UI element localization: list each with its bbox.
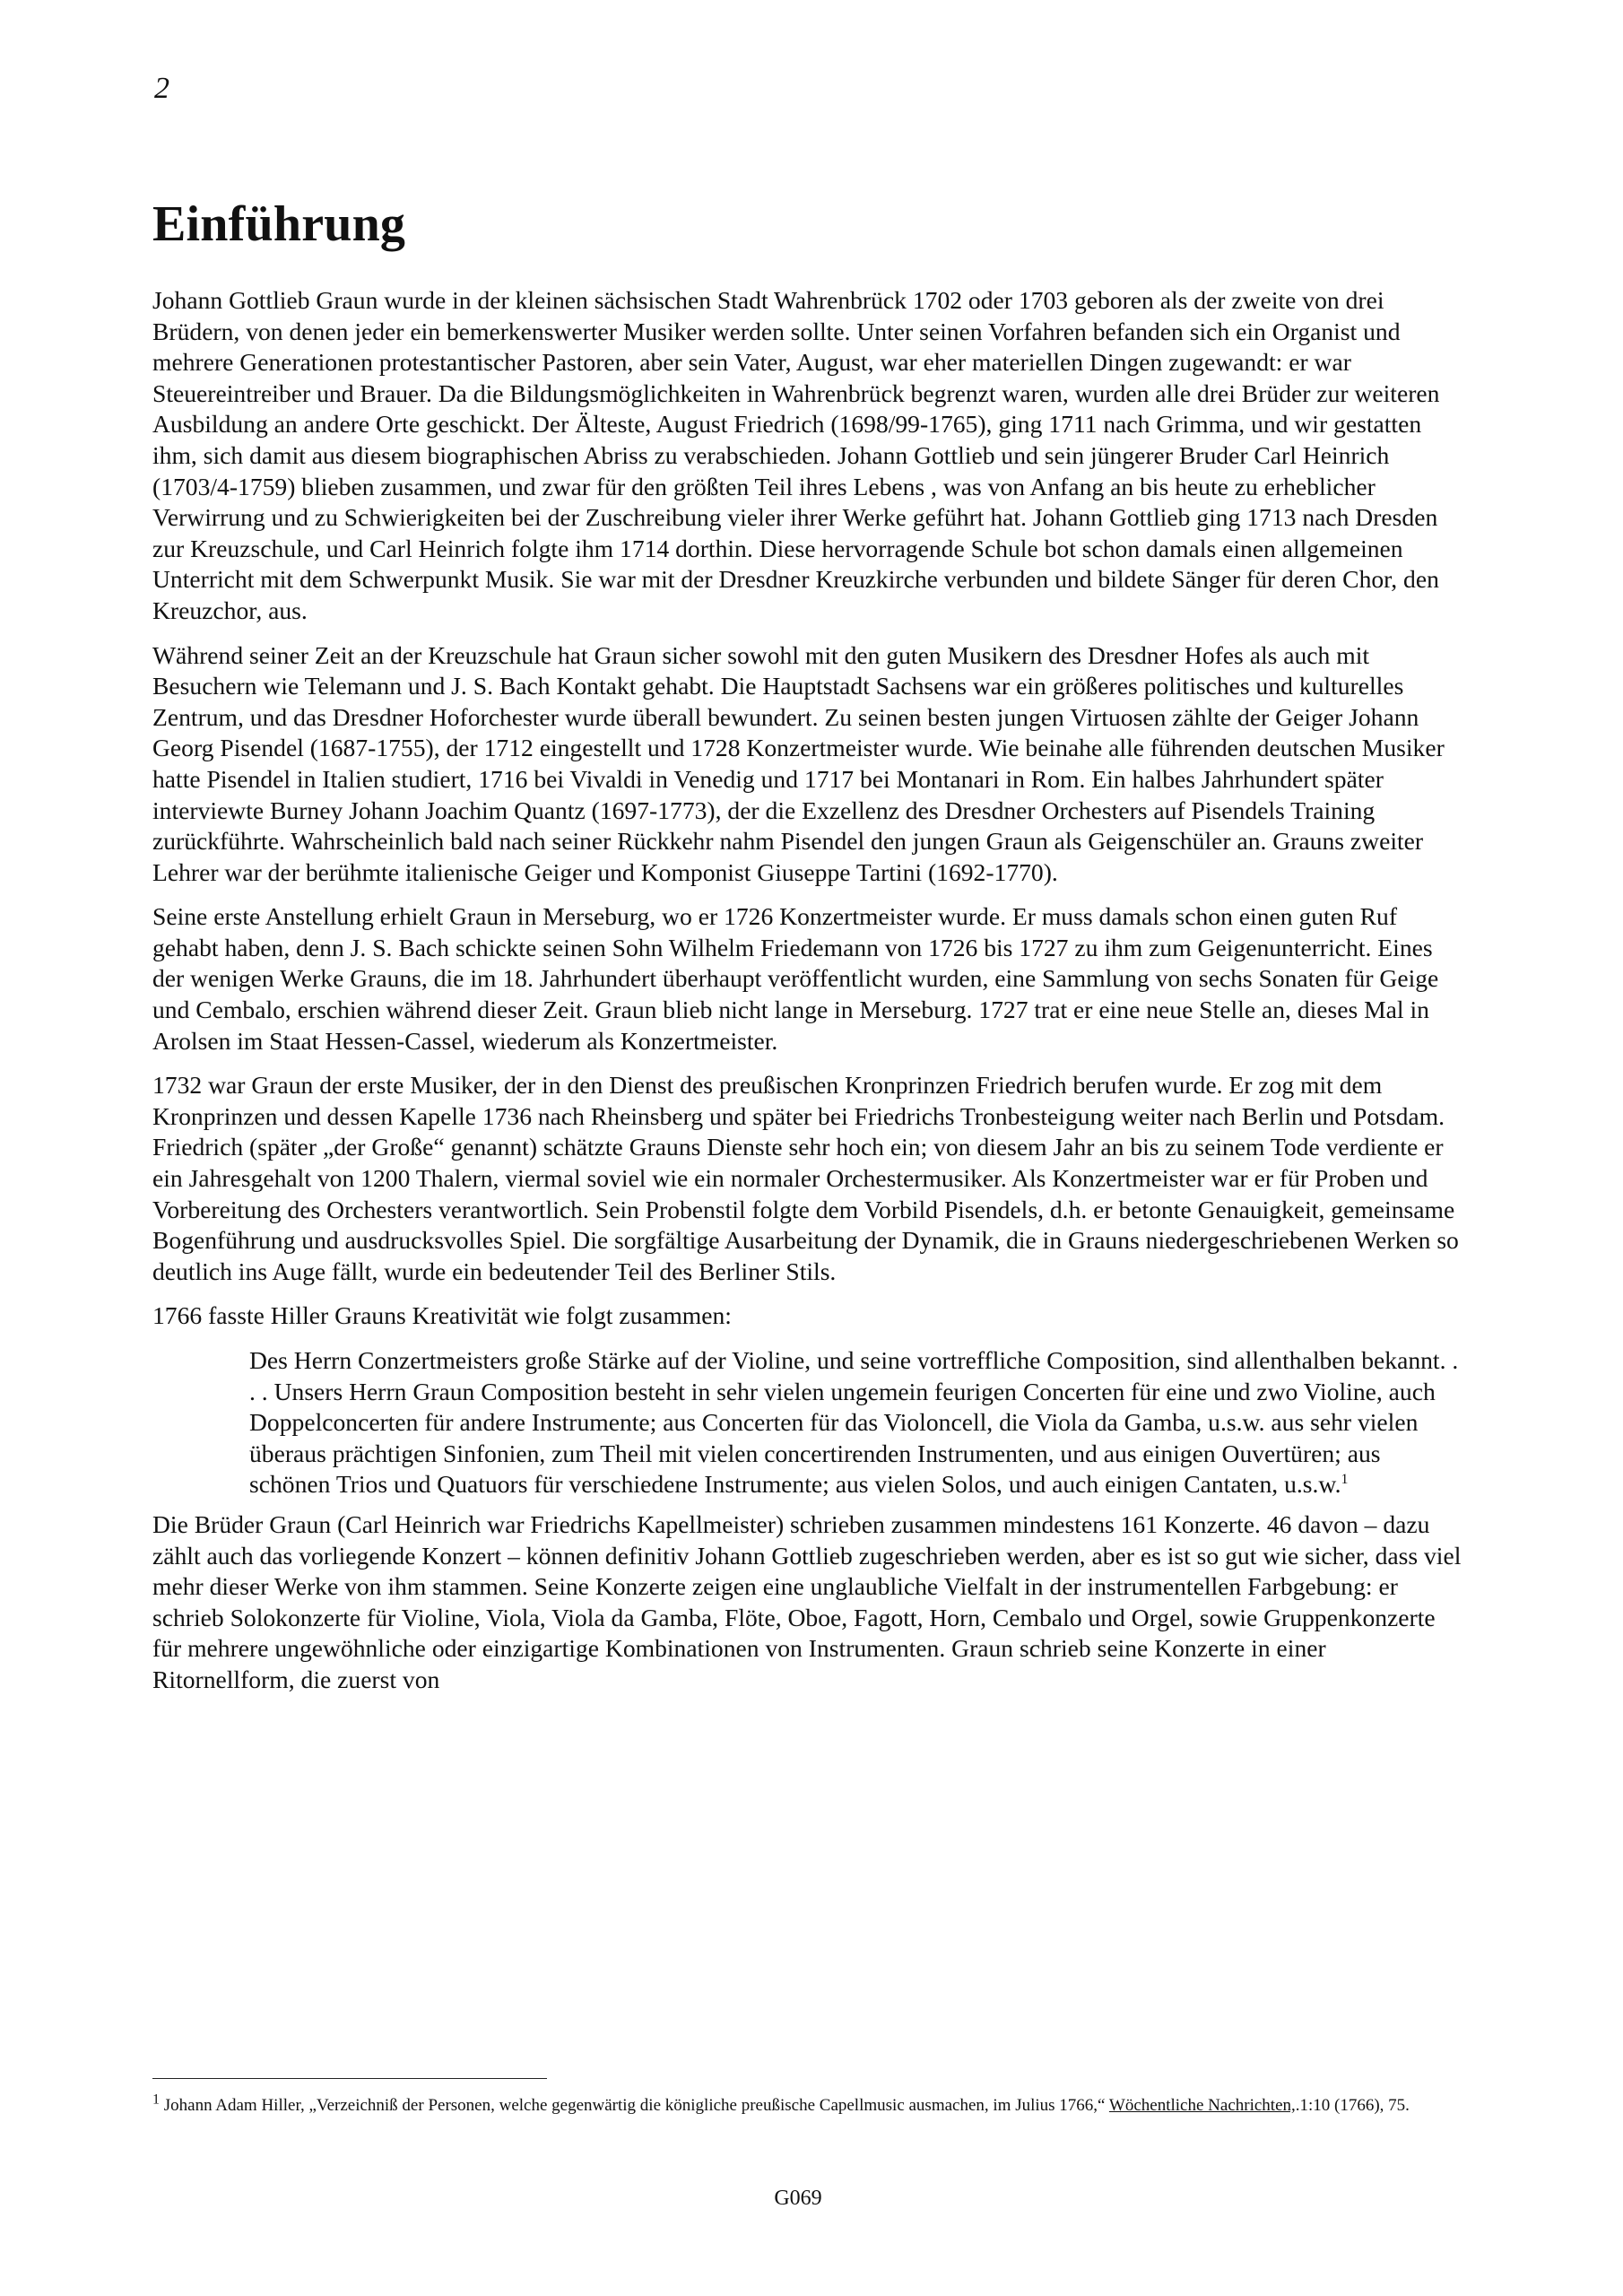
footnote-1: 1 Johann Adam Hiller, „Verzeichniß der P… <box>152 2094 1463 2118</box>
main-text: Johann Gottlieb Graun wurde in der klein… <box>152 285 1463 1709</box>
quote-text: Des Herrn Conzertmeisters große Stärke a… <box>249 1346 1458 1498</box>
footnote-separator <box>152 2078 547 2079</box>
page-title: Einführung <box>152 199 405 249</box>
paragraph-4: 1732 war Graun der erste Musiker, der in… <box>152 1070 1463 1287</box>
footnote-journal-title: Wöchentliche Nachrichten, <box>1109 2096 1296 2115</box>
paragraph-3: Seine erste Anstellung erhielt Graun in … <box>152 901 1463 1057</box>
paragraph-2: Während seiner Zeit an der Kreuzschule h… <box>152 640 1463 889</box>
page-code: G069 <box>774 2187 821 2211</box>
paragraph-5: 1766 fasste Hiller Grauns Kreativität wi… <box>152 1300 1463 1332</box>
paragraph-1: Johann Gottlieb Graun wurde in der klein… <box>152 285 1463 627</box>
footnote-citation: .1:10 (1766), 75. <box>1296 2096 1410 2115</box>
hiller-quote: Des Herrn Conzertmeisters große Stärke a… <box>249 1345 1463 1500</box>
footnote-reference[interactable]: 1 <box>1341 1472 1348 1487</box>
page-footer: G069 <box>0 2187 1623 2211</box>
paragraph-6: Die Brüder Graun (Carl Heinrich war Frie… <box>152 1509 1463 1696</box>
page-number: 2 <box>154 74 169 104</box>
footnote-text: Johann Adam Hiller, „Verzeichniß der Per… <box>160 2096 1109 2115</box>
footnote-number: 1 <box>152 2092 160 2108</box>
